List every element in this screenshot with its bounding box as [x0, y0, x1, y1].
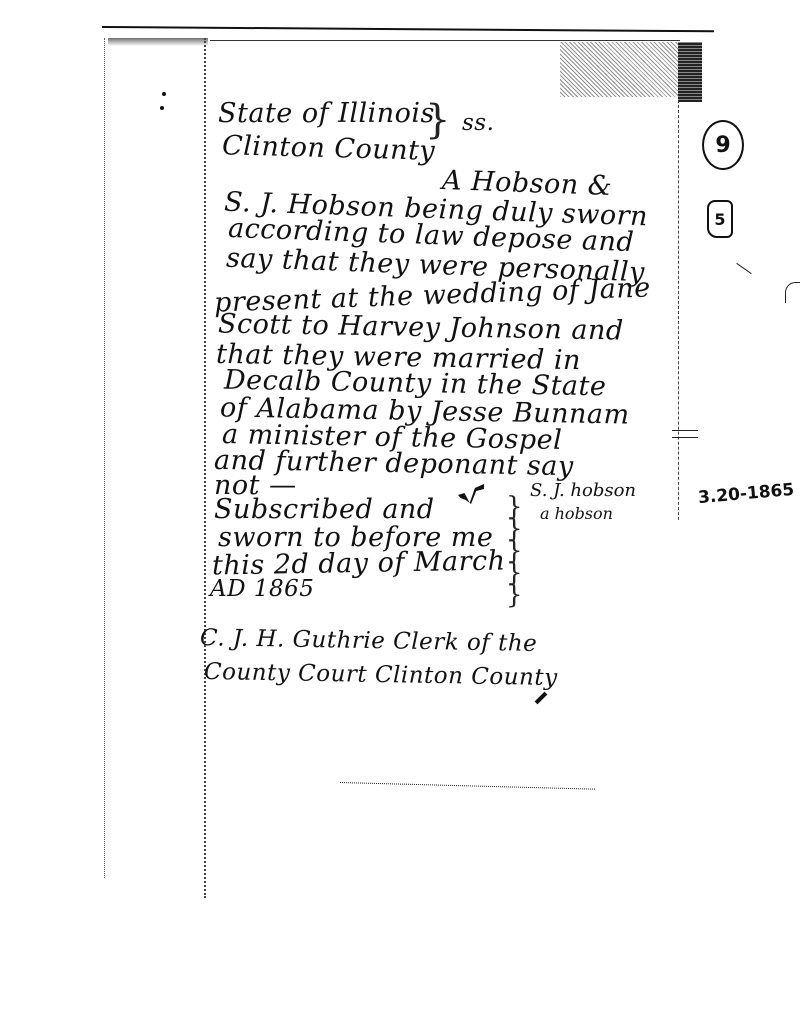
jurat-date: AD 1865 — [210, 578, 314, 601]
clerk-title: County Court Clinton County — [204, 661, 558, 690]
seal-brace-icon: }}}}} — [506, 496, 530, 606]
page-right-edge — [678, 100, 680, 520]
signature-sj-hobson: S. J. hobson — [530, 480, 636, 501]
page-top-edge — [210, 40, 680, 41]
boxed-number-annotation: 5 — [707, 200, 733, 238]
jurat-line: this 2d day of March — [212, 547, 506, 579]
signature-a-hobson: a hobson — [540, 504, 613, 523]
caption-county: Clinton County — [222, 132, 436, 165]
caption-state: State of Illinois — [218, 100, 435, 127]
clerk-name: C. J. H. Guthrie Clerk of the — [200, 627, 538, 656]
circled-number-annotation: 9 — [702, 120, 744, 170]
margin-arc — [785, 282, 800, 303]
date-annotation: 3.20-1865 — [697, 480, 795, 508]
signature-mark — [458, 484, 484, 504]
scan-top-rule — [102, 26, 714, 32]
margin-mark — [672, 430, 698, 438]
scan-shadow-corner-dark — [678, 42, 702, 102]
caption-brace-icon: } — [425, 100, 450, 140]
page-left-edge — [104, 38, 106, 878]
margin-tick — [736, 263, 751, 274]
pen-stroke — [535, 692, 548, 705]
caption-ss: ss. — [462, 112, 494, 135]
scan-shadow-left — [108, 38, 208, 46]
jurat-line: Subscribed and — [214, 496, 435, 523]
stray-rule — [340, 782, 595, 791]
punch-dot — [160, 106, 164, 110]
punch-dot — [162, 92, 166, 96]
margin-line — [204, 38, 208, 898]
